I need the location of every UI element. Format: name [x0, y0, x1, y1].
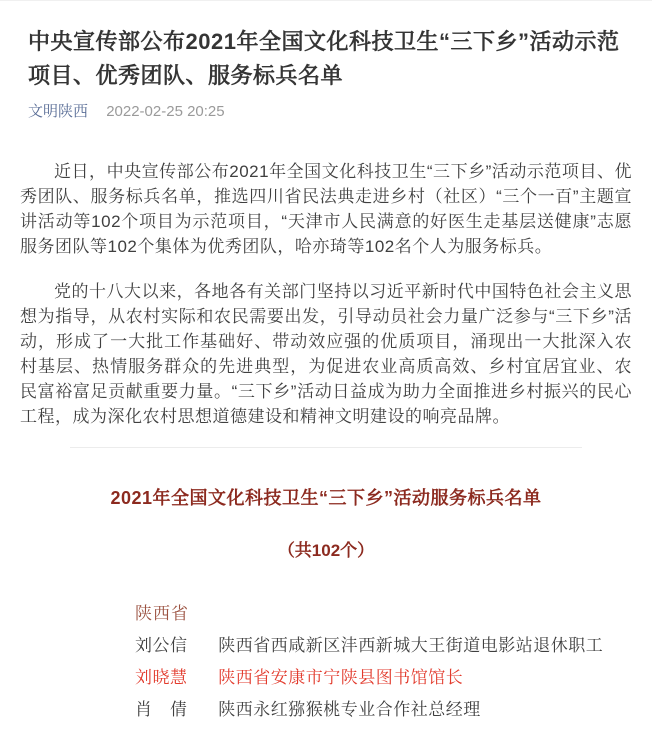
list-count-subheading: （共102个）	[20, 536, 632, 561]
awardee-name: 刘晓慧	[135, 667, 213, 689]
list-item: 刘晓慧 陕西省安康市宁陕县图书馆馆长	[135, 667, 632, 689]
article-page: 中央宣传部公布2021年全国文化科技卫生“三下乡”活动示范项目、优秀团队、服务标…	[0, 1, 652, 721]
awardee-name: 肖 倩	[135, 699, 213, 721]
list-heading: 2021年全国文化科技卫生“三下乡”活动服务标兵名单	[20, 484, 632, 510]
list-item: 肖 倩 陕西永红猕猴桃专业合作社总经理	[135, 699, 632, 721]
awardee-title: 陕西永红猕猴桃专业合作社总经理	[218, 700, 481, 719]
awardee-title: 陕西省西咸新区沣西新城大王街道电影站退休职工	[218, 636, 603, 655]
section-divider	[70, 447, 582, 448]
list-item: 刘公信 陕西省西咸新区沣西新城大王街道电影站退休职工	[135, 635, 632, 657]
source-account-link[interactable]: 文明陕西	[28, 103, 88, 120]
awardee-title: 陕西省安康市宁陕县图书馆馆长	[218, 668, 463, 687]
body-paragraph-1: 近日，中央宣传部公布2021年全国文化科技卫生“三下乡”活动示范项目、优秀团队、…	[20, 159, 632, 259]
publish-timestamp: 2022-02-25 20:25	[106, 103, 224, 120]
awardee-name: 刘公信	[135, 635, 213, 657]
article-title: 中央宣传部公布2021年全国文化科技卫生“三下乡”活动示范项目、优秀团队、服务标…	[28, 25, 624, 93]
article-meta: 文明陕西 2022-02-25 20:25	[28, 103, 624, 121]
province-heading: 陕西省	[135, 603, 632, 625]
award-list: 刘公信 陕西省西咸新区沣西新城大王街道电影站退休职工 刘晓慧 陕西省安康市宁陕县…	[135, 635, 632, 721]
body-paragraph-2: 党的十八大以来，各地各有关部门坚持以习近平新时代中国特色社会主义思想为指导，从农…	[20, 279, 632, 429]
